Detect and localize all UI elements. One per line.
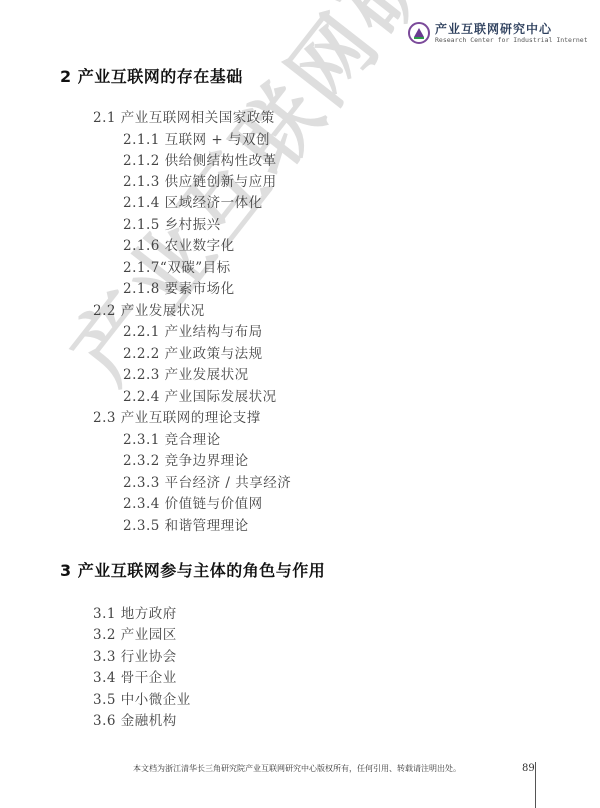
toc-item-2-3-2[interactable]: 2.3.2 竞争边界理论: [123, 449, 249, 469]
toc-section-3-title[interactable]: 3 产业互联网参与主体的角色与作用: [60, 558, 325, 581]
toc-item-2-3-1[interactable]: 2.3.1 竞合理论: [123, 428, 221, 448]
toc-item-3-5[interactable]: 3.5 中小微企业: [93, 688, 191, 708]
toc-item-2-1-1[interactable]: 2.1.1 互联网 + 与双创: [123, 128, 270, 148]
toc-item-2-2-2[interactable]: 2.2.2 产业政策与法规: [123, 342, 263, 362]
toc-item-2-1-6[interactable]: 2.1.6 农业数字化: [123, 234, 235, 254]
toc-item-3-4[interactable]: 3.4 骨干企业: [93, 666, 177, 686]
logo-title-cn: 产业互联网研究中心: [435, 23, 588, 35]
page-divider-line: [535, 762, 536, 808]
toc-item-2-1-5[interactable]: 2.1.5 乡村振兴: [123, 213, 221, 233]
toc-item-2-3-4[interactable]: 2.3.4 价值链与价值网: [123, 492, 263, 512]
toc-item-2-1[interactable]: 2.1 产业互联网相关国家政策: [93, 106, 275, 126]
toc-item-2-2[interactable]: 2.2 产业发展状况: [93, 299, 205, 319]
toc-item-3-3[interactable]: 3.3 行业协会: [93, 645, 177, 665]
header-logo: 产业互联网研究中心 Research Center for Industrial…: [408, 22, 588, 44]
toc-item-2-2-4[interactable]: 2.2.4 产业国际发展状况: [123, 385, 277, 405]
toc-item-2-3-5[interactable]: 2.3.5 和谐管理理论: [123, 514, 249, 534]
toc-item-2-2-3[interactable]: 2.2.3 产业发展状况: [123, 363, 249, 383]
toc-item-2-1-2[interactable]: 2.1.2 供给侧结构性改革: [123, 149, 277, 169]
toc-item-2-1-4[interactable]: 2.1.4 区域经济一体化: [123, 191, 263, 211]
toc-item-2-3-3[interactable]: 2.3.3 平台经济 / 共享经济: [123, 471, 291, 491]
toc-item-2-1-8[interactable]: 2.1.8 要素市场化: [123, 277, 235, 297]
logo-title-en: Research Center for Industrial Internet: [435, 37, 588, 44]
toc-item-3-2[interactable]: 3.2 产业园区: [93, 623, 177, 643]
toc-item-2-1-7[interactable]: 2.1.7“双碳”目标: [123, 256, 231, 276]
toc-item-2-1-3[interactable]: 2.1.3 供应链创新与应用: [123, 170, 277, 190]
toc-item-2-2-1[interactable]: 2.2.1 产业结构与布局: [123, 320, 263, 340]
toc-item-3-6[interactable]: 3.6 金融机构: [93, 709, 177, 729]
toc-item-2-3[interactable]: 2.3 产业互联网的理论支撑: [93, 406, 261, 426]
page-number: 89: [522, 763, 535, 774]
copyright-notice: 本文档为浙江清华长三角研究院产业互联网研究中心版权所有，任何引用、转载请注明出处…: [133, 763, 461, 774]
toc-section-2-title[interactable]: 2 产业互联网的存在基础: [60, 64, 243, 87]
toc-item-3-1[interactable]: 3.1 地方政府: [93, 602, 177, 622]
